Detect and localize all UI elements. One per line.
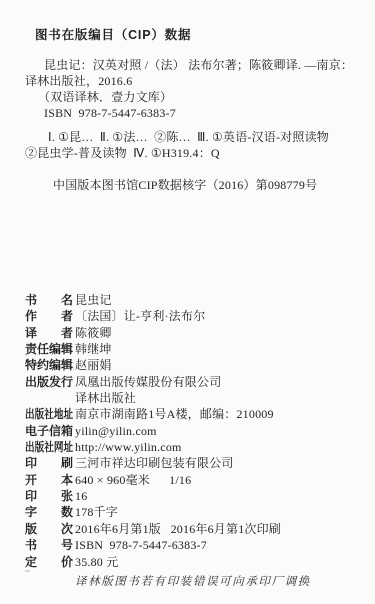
- field-value: 译林出版社: [75, 390, 136, 406]
- field-label: 责任编辑: [25, 341, 73, 357]
- colophon-block: 书名 昆虫记 作者 〔法国〕让-亨利·法布尔 译者 陈筱卿 责任编辑 韩继坤 特…: [25, 292, 367, 589]
- colophon-row-price: 定价 35.80 元: [25, 554, 367, 570]
- field-value: 韩继坤: [75, 341, 112, 357]
- cip-classification-line: ②昆虫学-普及读物 Ⅳ. ①H319.4：Q: [25, 145, 365, 161]
- colophon-row-book-title: 书名 昆虫记: [25, 292, 367, 308]
- field-value: 陈筱卿: [75, 325, 112, 341]
- colophon-row-printer: 印刷 三河市祥达印刷包装有限公司: [25, 455, 367, 471]
- colophon-row-sheets: 印张 16: [25, 488, 367, 504]
- cip-description: 昆虫记：汉英对照 /（法） 法布尔著；陈筱卿译. —南京： 译林出版社，2016…: [25, 57, 365, 121]
- colophon-row-email: 电子信箱 yilin@yilin.com: [25, 423, 367, 439]
- cip-record-number: 中国版本图书馆CIP数据核字（2016）第098779号: [53, 176, 365, 193]
- field-label: 出版发行: [25, 374, 73, 390]
- colophon-row-publisher: 出版发行 凤凰出版传媒股份有限公司: [25, 374, 367, 390]
- colophon-row-author: 作者 〔法国〕让-亨利·法布尔: [25, 308, 367, 324]
- field-value: 赵丽娟: [75, 357, 112, 373]
- cip-description-line: 译林出版社，2016.6: [25, 73, 365, 89]
- field-label: 特约编辑: [25, 357, 73, 373]
- cip-classification: Ⅰ. ①昆… Ⅱ. ①法… ②陈… Ⅲ. ①英语-汉语-对照读物 ②昆虫学-普及…: [25, 129, 365, 161]
- colophon-row-editor: 责任编辑 韩继坤: [25, 341, 367, 357]
- field-value: http://www.yilin.com: [75, 439, 182, 455]
- field-label: 作者: [25, 308, 73, 324]
- colophon-row-translator: 译者 陈筱卿: [25, 325, 367, 341]
- field-value: 2016年6月第1版 2016年6月第1次印刷: [75, 521, 281, 537]
- field-label: 印张: [25, 488, 73, 504]
- copyright-page: 图书在版编目（CIP）数据 昆虫记：汉英对照 /（法） 法布尔著；陈筱卿译. —…: [0, 0, 375, 604]
- field-value: ISBN 978-7-5447-6383-7: [75, 537, 207, 553]
- field-label: 出版社地址: [25, 406, 73, 422]
- cip-title: 图书在版编目（CIP）数据: [35, 25, 365, 43]
- field-label: 译者: [25, 325, 73, 341]
- colophon-row-publisher-address: 出版社地址 南京市湖南路1号A楼，邮编：210009: [25, 406, 367, 422]
- field-value: 640 × 960毫米 1/16: [75, 472, 191, 488]
- field-label: 书号: [25, 537, 73, 553]
- field-value: 凤凰出版传媒股份有限公司: [75, 374, 221, 390]
- field-label: 出版社网址: [25, 439, 73, 455]
- field-label: 开本: [25, 472, 73, 488]
- field-value: 178千字: [75, 504, 118, 520]
- colophon-row-publisher-cont: 译林出版社: [25, 390, 367, 406]
- cip-isbn-line: ISBN 978-7-5447-6383-7: [25, 105, 365, 121]
- field-value: 16: [75, 488, 87, 504]
- field-label: 电子信箱: [25, 423, 73, 439]
- cip-classification-line: Ⅰ. ①昆… Ⅱ. ①法… ②陈… Ⅲ. ①英语-汉语-对照读物: [25, 129, 365, 145]
- field-value: 〔法国〕让-亨利·法布尔: [75, 308, 205, 324]
- colophon-row-website: 出版社网址 http://www.yilin.com: [25, 439, 367, 455]
- field-value: 南京市湖南路1号A楼，邮编：210009: [75, 406, 274, 422]
- colophon-row-edition: 版次 2016年6月第1版 2016年6月第1次印刷: [25, 521, 367, 537]
- field-label: 书名: [25, 292, 73, 308]
- field-label: 字数: [25, 504, 73, 520]
- field-value: yilin@yilin.com: [75, 423, 157, 439]
- field-value: 三河市祥达印刷包装有限公司: [75, 455, 234, 471]
- field-label: 定价: [25, 554, 73, 570]
- colophon-row-contributing-editor: 特约编辑 赵丽娟: [25, 357, 367, 373]
- cip-description-line: 昆虫记：汉英对照 /（法） 法布尔著；陈筱卿译. —南京：: [25, 57, 365, 73]
- field-value: 35.80 元: [75, 554, 118, 570]
- field-value: 昆虫记: [75, 292, 112, 308]
- scan-artifact-mark: ~: [24, 566, 30, 577]
- field-label: 版次: [25, 521, 73, 537]
- colophon-row-word-count: 字数 178千字: [25, 504, 367, 520]
- colophon-row-isbn: 书号 ISBN 978-7-5447-6383-7: [25, 537, 367, 553]
- cip-block: 图书在版编目（CIP）数据 昆虫记：汉英对照 /（法） 法布尔著；陈筱卿译. —…: [25, 25, 365, 193]
- field-label: 印刷: [25, 455, 73, 471]
- cip-series-line: （双语译林．壹力文库）: [25, 89, 365, 105]
- printer-note: 译林版图书若有印装错误可向承印厂调换: [75, 573, 367, 589]
- colophon-row-format: 开本 640 × 960毫米 1/16: [25, 472, 367, 488]
